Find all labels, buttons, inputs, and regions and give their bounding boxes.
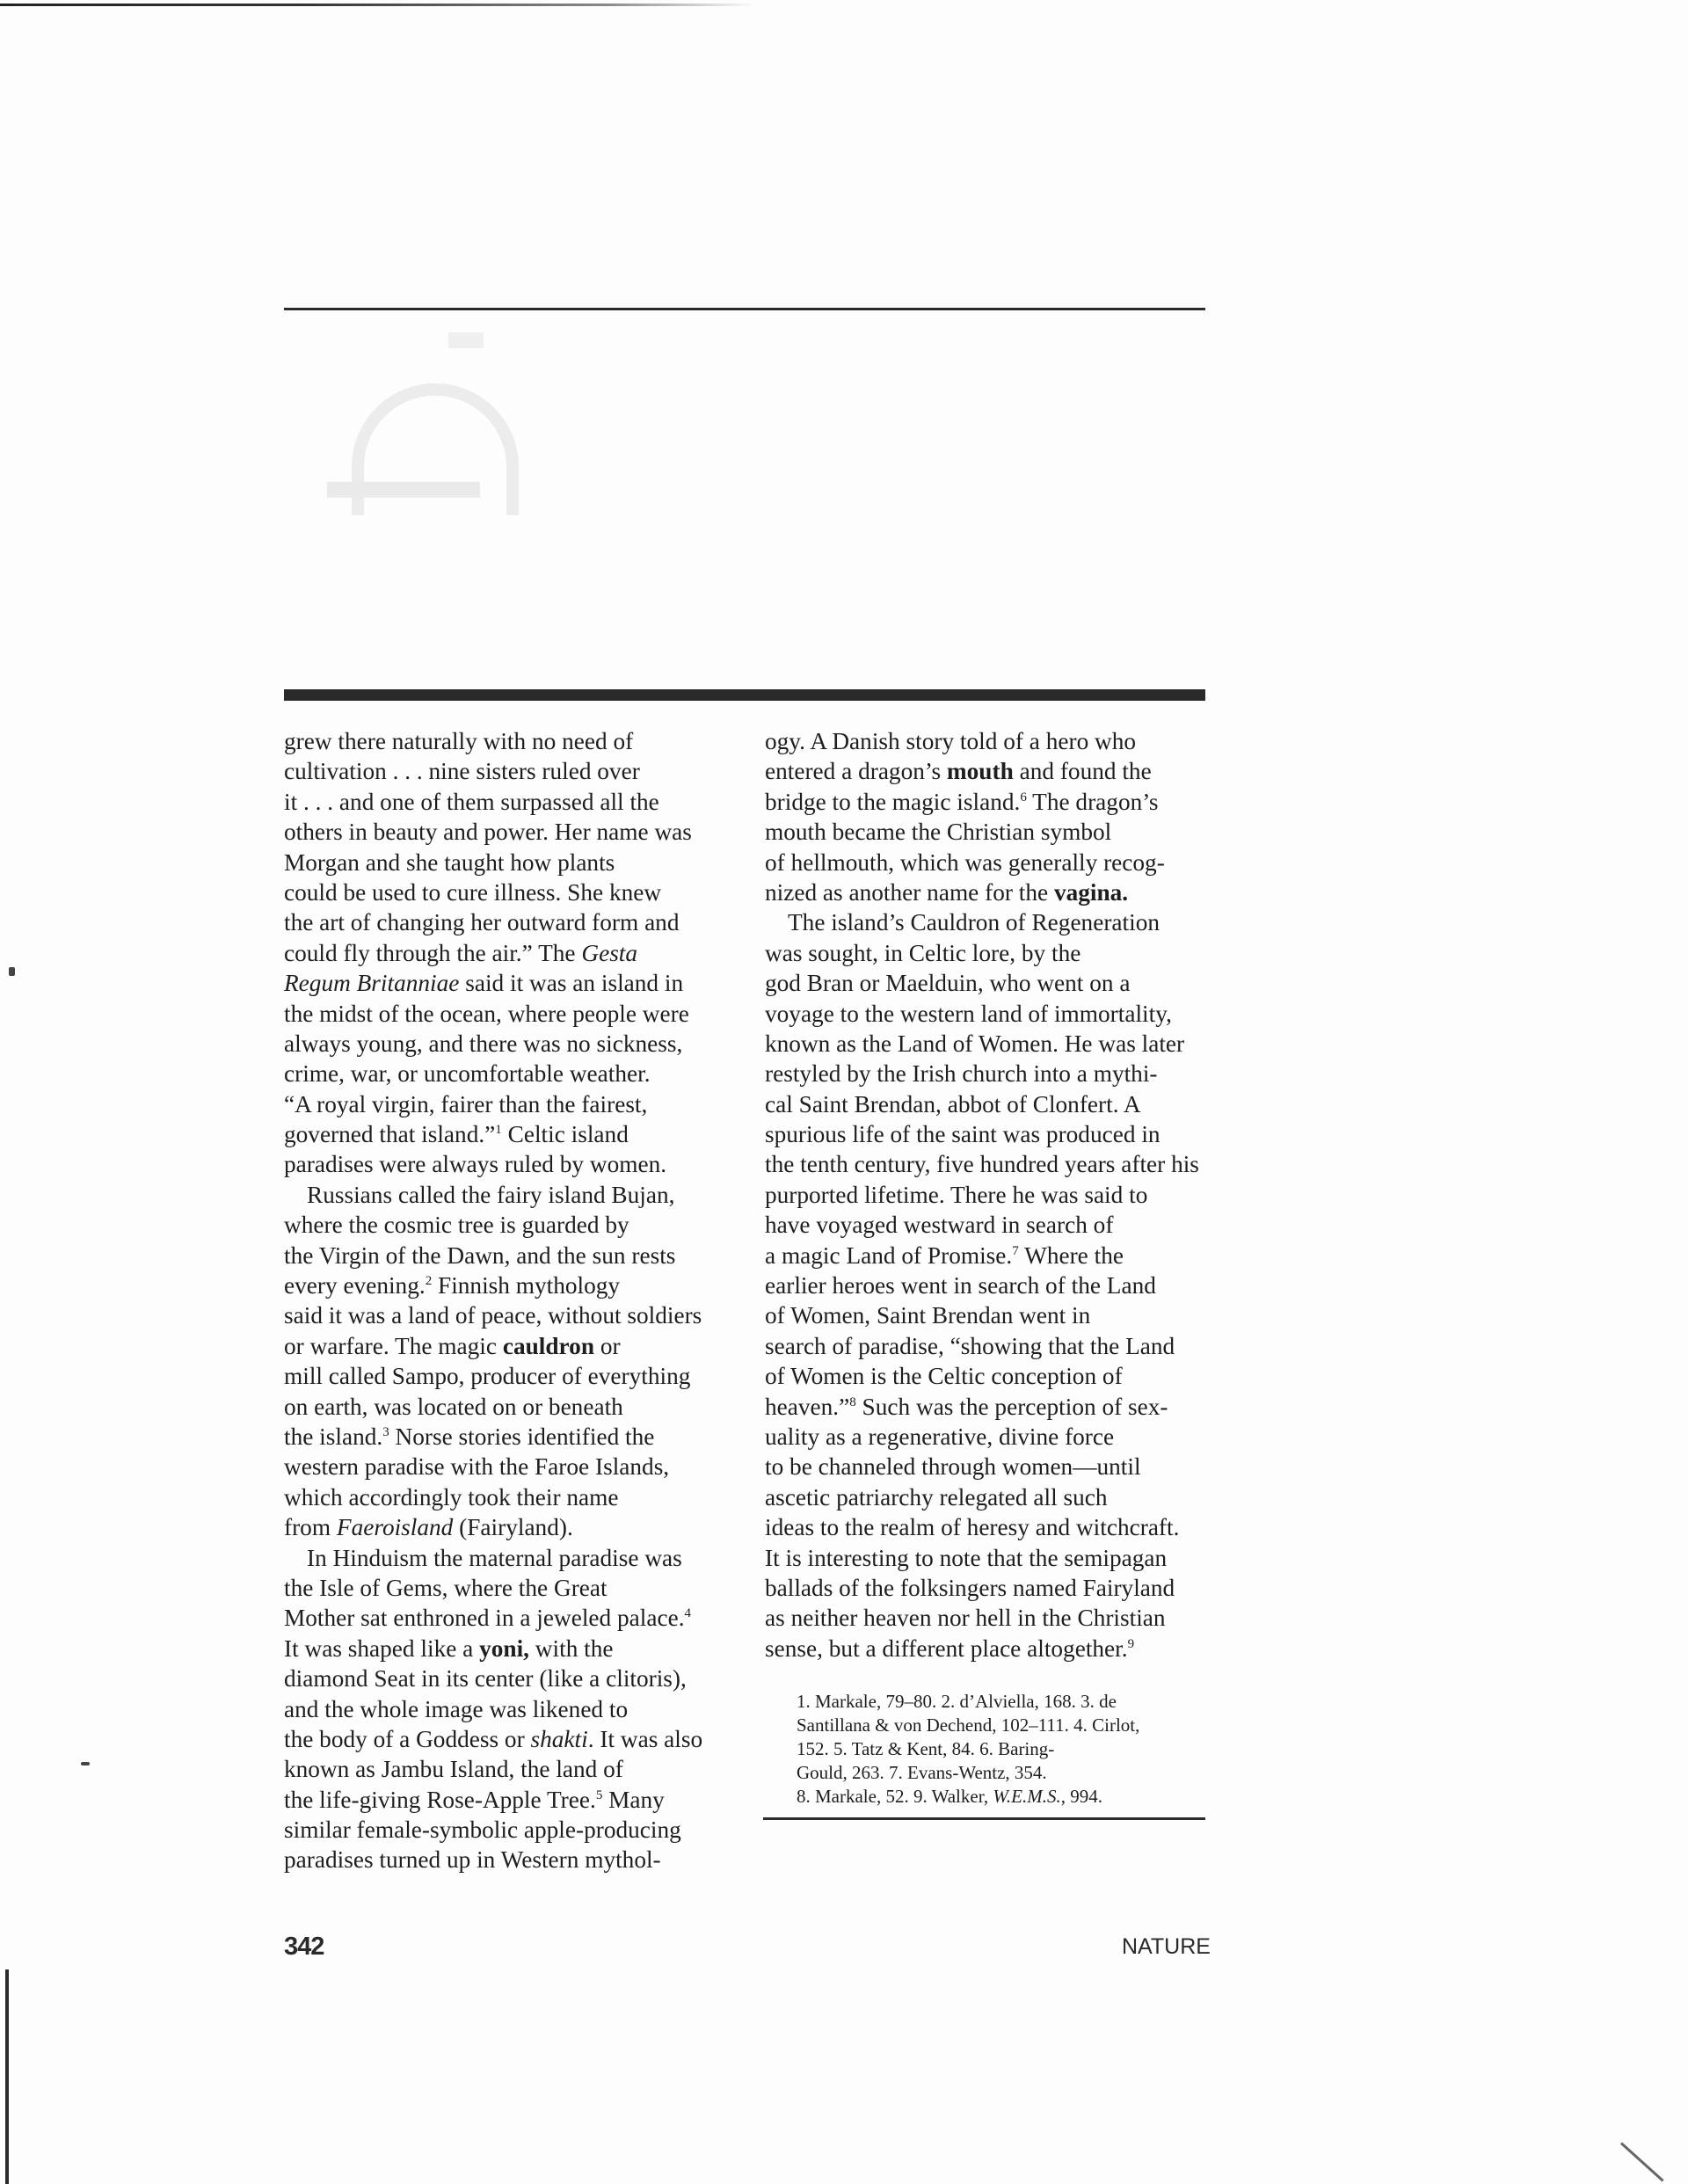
text-segment: bridge to the magic island.: [765, 789, 1020, 815]
text-line: “A royal virgin, fairer than the fairest…: [284, 1089, 732, 1119]
text-segment: have voyaged westward in search of: [765, 1212, 1113, 1238]
text-segment: crime, war, or uncomfortable weather.: [284, 1060, 651, 1087]
text-segment: grew there naturally with no need of: [284, 728, 633, 754]
text-segment: western paradise with the Faroe Islands,: [284, 1453, 669, 1480]
text-segment: Such was the perception of sex-: [856, 1394, 1168, 1420]
text-segment: ideas to the realm of heresy and witchcr…: [765, 1514, 1179, 1540]
text-segment: the life-giving Rose-Apple Tree.: [284, 1787, 596, 1813]
text-segment: 8. Markale, 52. 9. Walker,: [797, 1786, 993, 1807]
text-segment: Finnish mythology: [432, 1272, 620, 1299]
text-segment: always young, and there was no sickness,: [284, 1030, 682, 1057]
text-segment: uality as a regenerative, divine force: [765, 1423, 1114, 1450]
text-line: spurious life of the saint was produced …: [765, 1119, 1206, 1149]
text-segment: ogy. A Danish story told of a hero who: [765, 728, 1136, 754]
text-segment: from: [284, 1514, 337, 1540]
text-segment: shakti: [531, 1726, 588, 1752]
top-thin-rule: [284, 308, 1205, 310]
text-segment: cal Saint Brendan, abbot of Clonfert. A: [765, 1091, 1141, 1117]
text-line: paradises were always ruled by women.: [284, 1149, 732, 1179]
text-line: bridge to the magic island.6 The dragon’…: [765, 787, 1206, 817]
text-segment: and found the: [1014, 758, 1152, 784]
text-line: as neither heaven nor hell in the Christ…: [765, 1603, 1206, 1633]
text-line: on earth, was located on or beneath: [284, 1392, 732, 1422]
text-line: ogy. A Danish story told of a hero who: [765, 726, 1206, 756]
text-segment: . It was also: [588, 1726, 702, 1752]
footnote-marker: 6: [1020, 790, 1027, 804]
text-line: the art of changing her outward form and: [284, 907, 732, 937]
text-segment: the tenth century, five hundred years af…: [765, 1151, 1199, 1177]
text-segment: In Hinduism the maternal paradise was: [307, 1545, 682, 1571]
text-segment: Gould, 263. 7. Evans-Wentz, 354.: [797, 1762, 1047, 1783]
text-line: sense, but a different place altogether.…: [765, 1634, 1206, 1663]
text-line: Mother sat enthroned in a jeweled palace…: [284, 1603, 732, 1633]
text-line: known as Jambu Island, the land of: [284, 1754, 732, 1784]
text-segment: god Bran or Maelduin, who went on a: [765, 970, 1130, 996]
text-line: could fly through the air.” The Gesta: [284, 938, 732, 968]
text-segment: 152. 5. Tatz & Kent, 84. 6. Baring-: [797, 1738, 1054, 1759]
text-line: governed that island.”1 Celtic island: [284, 1119, 732, 1149]
text-segment: governed that island.”: [284, 1121, 495, 1147]
text-segment: ballads of the folksingers named Fairyla…: [765, 1575, 1175, 1601]
text-line: ballads of the folksingers named Fairyla…: [765, 1573, 1206, 1603]
text-line: the Isle of Gems, where the Great: [284, 1573, 732, 1603]
show-through-text: [448, 332, 484, 348]
text-segment: a magic Land of Promise.: [765, 1242, 1012, 1269]
text-segment: The island’s Cauldron of Regeneration: [788, 909, 1160, 935]
running-head: NATURE: [1122, 1934, 1206, 1960]
text-line: the island.3 Norse stories identified th…: [284, 1422, 732, 1452]
text-line: where the cosmic tree is guarded by: [284, 1210, 732, 1240]
text-line: Santillana & von Dechend, 102–111. 4. Ci…: [797, 1714, 1206, 1737]
text-line: others in beauty and power. Her name was: [284, 817, 732, 847]
text-line: mouth became the Christian symbol: [765, 817, 1206, 847]
text-line: grew there naturally with no need of: [284, 726, 732, 756]
text-segment: the body of a Goddess or: [284, 1726, 531, 1752]
text-segment: mouth became the Christian symbol: [765, 819, 1111, 845]
page-number: 342: [284, 1933, 324, 1962]
footnote-marker: 4: [685, 1606, 692, 1620]
text-segment: cauldron: [503, 1333, 594, 1359]
footnote-marker: 8: [849, 1395, 856, 1409]
text-line: search of paradise, “showing that the La…: [765, 1331, 1206, 1361]
text-line: the body of a Goddess or shakti. It was …: [284, 1724, 732, 1754]
text-line: was sought, in Celtic lore, by the: [765, 938, 1206, 968]
text-segment: Norse stories identified the: [389, 1423, 655, 1450]
text-segment: earlier heroes went in search of the Lan…: [765, 1272, 1156, 1299]
text-segment: as neither heaven nor hell in the Christ…: [765, 1605, 1166, 1631]
text-segment: Regum Britanniae: [284, 970, 459, 996]
scan-edge-left: [5, 1969, 9, 2184]
scan-speck: [81, 1762, 90, 1765]
text-segment: others in beauty and power. Her name was: [284, 819, 692, 845]
text-segment: Santillana & von Dechend, 102–111. 4. Ci…: [797, 1714, 1139, 1736]
text-segment: the Virgin of the Dawn, and the sun rest…: [284, 1242, 675, 1269]
text-line: In Hinduism the maternal paradise was: [284, 1543, 732, 1573]
text-segment: paradises turned up in Western mythol-: [284, 1846, 661, 1873]
text-segment: yoni,: [479, 1635, 529, 1662]
text-segment: restyled by the Irish church into a myth…: [765, 1060, 1158, 1087]
text-segment: W.E.M.S.: [993, 1786, 1060, 1807]
text-line: paradises turned up in Western mythol-: [284, 1845, 732, 1875]
text-segment: (Fairyland).: [453, 1514, 572, 1540]
text-line: nized as another name for the vagina.: [765, 877, 1206, 907]
text-line: ascetic patriarchy relegated all such: [765, 1482, 1206, 1512]
text-line: diamond Seat in its center (like a clito…: [284, 1663, 732, 1693]
text-segment: on earth, was located on or beneath: [284, 1394, 623, 1420]
text-segment: of Women is the Celtic conception of: [765, 1363, 1123, 1389]
text-segment: which accordingly took their name: [284, 1484, 619, 1511]
text-segment: entered a dragon’s: [765, 758, 947, 784]
right-text-column: ogy. A Danish story told of a hero whoen…: [765, 726, 1206, 1663]
footnote-marker: 1: [495, 1123, 502, 1137]
show-through-bar: [327, 482, 480, 498]
text-line: the midst of the ocean, where people wer…: [284, 999, 732, 1029]
text-line: crime, war, or uncomfortable weather.: [284, 1059, 732, 1088]
text-line: earlier heroes went in search of the Lan…: [765, 1270, 1206, 1300]
text-segment: to be channeled through women—until: [765, 1453, 1141, 1480]
text-line: of hellmouth, which was generally recog-: [765, 848, 1206, 877]
text-segment: cultivation . . . nine sisters ruled ove…: [284, 758, 640, 784]
footnote-marker: 3: [382, 1425, 389, 1439]
text-line: 8. Markale, 52. 9. Walker, W.E.M.S., 994…: [797, 1785, 1206, 1809]
text-line: 1. Markale, 79–80. 2. d’Alviella, 168. 3…: [797, 1690, 1206, 1714]
text-segment: purported lifetime. There he was said to: [765, 1182, 1147, 1208]
text-segment: and the whole image was likened to: [284, 1696, 628, 1722]
text-line: to be channeled through women—until: [765, 1452, 1206, 1481]
text-line: of Women is the Celtic conception of: [765, 1361, 1206, 1391]
text-line: Morgan and she taught how plants: [284, 848, 732, 877]
text-segment: Celtic island: [502, 1121, 629, 1147]
text-segment: every evening.: [284, 1272, 426, 1299]
text-segment: could be used to cure illness. She knew: [284, 879, 661, 906]
scan-speck: [9, 967, 15, 976]
text-segment: vagina.: [1054, 879, 1128, 906]
text-segment: paradises were always ruled by women.: [284, 1151, 666, 1177]
text-line: The island’s Cauldron of Regeneration: [765, 907, 1206, 937]
text-line: which accordingly took their name: [284, 1482, 732, 1512]
text-segment: of Women, Saint Brendan went in: [765, 1302, 1090, 1329]
text-line: always young, and there was no sickness,: [284, 1029, 732, 1059]
text-segment: It is interesting to note that the semip…: [765, 1545, 1167, 1571]
text-line: have voyaged westward in search of: [765, 1210, 1206, 1240]
text-segment: said it was a land of peace, without sol…: [284, 1302, 702, 1329]
text-line: restyled by the Irish church into a myth…: [765, 1059, 1206, 1088]
text-line: Regum Britanniae said it was an island i…: [284, 968, 732, 998]
text-line: the tenth century, five hundred years af…: [765, 1149, 1206, 1179]
text-segment: Gesta: [581, 940, 637, 966]
text-line: the life-giving Rose-Apple Tree.5 Many: [284, 1785, 732, 1815]
footnote-marker: 7: [1012, 1244, 1019, 1258]
text-segment: “A royal virgin, fairer than the fairest…: [284, 1091, 647, 1117]
text-segment: the island.: [284, 1423, 382, 1450]
text-segment: the art of changing her outward form and: [284, 909, 679, 935]
text-segment: where the cosmic tree is guarded by: [284, 1212, 629, 1238]
text-line: cultivation . . . nine sisters ruled ove…: [284, 756, 732, 786]
text-segment: the midst of the ocean, where people wer…: [284, 1001, 689, 1027]
text-line: mill called Sampo, producer of everythin…: [284, 1361, 732, 1391]
text-segment: nized as another name for the: [765, 879, 1054, 906]
text-line: similar female-symbolic apple-producing: [284, 1815, 732, 1845]
text-line: a magic Land of Promise.7 Where the: [765, 1241, 1206, 1270]
text-line: Russians called the fairy island Bujan,: [284, 1180, 732, 1210]
text-line: entered a dragon’s mouth and found the: [765, 756, 1206, 786]
text-segment: Russians called the fairy island Bujan,: [307, 1182, 674, 1208]
text-line: of Women, Saint Brendan went in: [765, 1300, 1206, 1330]
text-line: it . . . and one of them surpassed all t…: [284, 787, 732, 817]
text-segment: could fly through the air.” The: [284, 940, 581, 966]
text-segment: Where the: [1019, 1242, 1124, 1269]
text-line: from Faeroisland (Fairyland).: [284, 1512, 732, 1542]
text-segment: diamond Seat in its center (like a clito…: [284, 1665, 687, 1692]
text-segment: voyage to the western land of immortalit…: [765, 1001, 1172, 1027]
text-line: western paradise with the Faroe Islands,: [284, 1452, 732, 1481]
text-line: It was shaped like a yoni, with the: [284, 1634, 732, 1663]
footnotes-block: 1. Markale, 79–80. 2. d’Alviella, 168. 3…: [797, 1690, 1206, 1809]
text-segment: 1. Markale, 79–80. 2. d’Alviella, 168. 3…: [797, 1691, 1117, 1712]
text-segment: or: [594, 1333, 621, 1359]
footnote-rule: [763, 1817, 1205, 1820]
left-text-column: grew there naturally with no need ofcult…: [284, 726, 732, 1875]
text-segment: mill called Sampo, producer of everythin…: [284, 1363, 690, 1389]
text-segment: known as the Land of Women. He was later: [765, 1030, 1184, 1057]
scan-corner-mark: [1620, 2142, 1664, 2181]
text-line: It is interesting to note that the semip…: [765, 1543, 1206, 1573]
footnote-marker: 9: [1128, 1637, 1135, 1651]
text-line: Gould, 263. 7. Evans-Wentz, 354.: [797, 1761, 1206, 1785]
text-line: could be used to cure illness. She knew: [284, 877, 732, 907]
text-segment: Mother sat enthroned in a jeweled palace…: [284, 1605, 685, 1631]
text-segment: was sought, in Celtic lore, by the: [765, 940, 1080, 966]
text-segment: The dragon’s: [1027, 789, 1159, 815]
text-line: said it was a land of peace, without sol…: [284, 1300, 732, 1330]
text-line: god Bran or Maelduin, who went on a: [765, 968, 1206, 998]
text-segment: mouth: [947, 758, 1014, 784]
text-segment: it . . . and one of them surpassed all t…: [284, 789, 659, 815]
text-line: heaven.”8 Such was the perception of sex…: [765, 1392, 1206, 1422]
text-line: the Virgin of the Dawn, and the sun rest…: [284, 1241, 732, 1270]
text-line: purported lifetime. There he was said to: [765, 1180, 1206, 1210]
text-line: known as the Land of Women. He was later: [765, 1029, 1206, 1059]
scan-edge-top: [0, 4, 756, 6]
text-segment: the Isle of Gems, where the Great: [284, 1575, 608, 1601]
text-segment: known as Jambu Island, the land of: [284, 1756, 623, 1782]
text-segment: heaven.”: [765, 1394, 849, 1420]
text-segment: It was shaped like a: [284, 1635, 479, 1662]
text-segment: sense, but a different place altogether.: [765, 1635, 1128, 1662]
text-segment: Morgan and she taught how plants: [284, 849, 615, 876]
text-segment: similar female-symbolic apple-producing: [284, 1816, 681, 1843]
text-segment: or warfare. The magic: [284, 1333, 503, 1359]
top-thick-rule: [284, 689, 1205, 701]
text-line: ideas to the realm of heresy and witchcr…: [765, 1512, 1206, 1542]
text-segment: with the: [529, 1635, 614, 1662]
text-line: voyage to the western land of immortalit…: [765, 999, 1206, 1029]
text-segment: search of paradise, “showing that the La…: [765, 1333, 1175, 1359]
text-segment: ascetic patriarchy relegated all such: [765, 1484, 1108, 1511]
text-line: and the whole image was likened to: [284, 1694, 732, 1724]
text-line: cal Saint Brendan, abbot of Clonfert. A: [765, 1089, 1206, 1119]
text-segment: said it was an island in: [459, 970, 683, 996]
text-segment: of hellmouth, which was generally recog-: [765, 849, 1165, 876]
text-line: every evening.2 Finnish mythology: [284, 1270, 732, 1300]
text-segment: Faeroisland: [337, 1514, 453, 1540]
text-line: 152. 5. Tatz & Kent, 84. 6. Baring-: [797, 1737, 1206, 1761]
text-line: uality as a regenerative, divine force: [765, 1422, 1206, 1452]
text-segment: , 994.: [1061, 1786, 1102, 1807]
text-line: or warfare. The magic cauldron or: [284, 1331, 732, 1361]
text-segment: spurious life of the saint was produced …: [765, 1121, 1160, 1147]
text-segment: Many: [602, 1787, 665, 1813]
